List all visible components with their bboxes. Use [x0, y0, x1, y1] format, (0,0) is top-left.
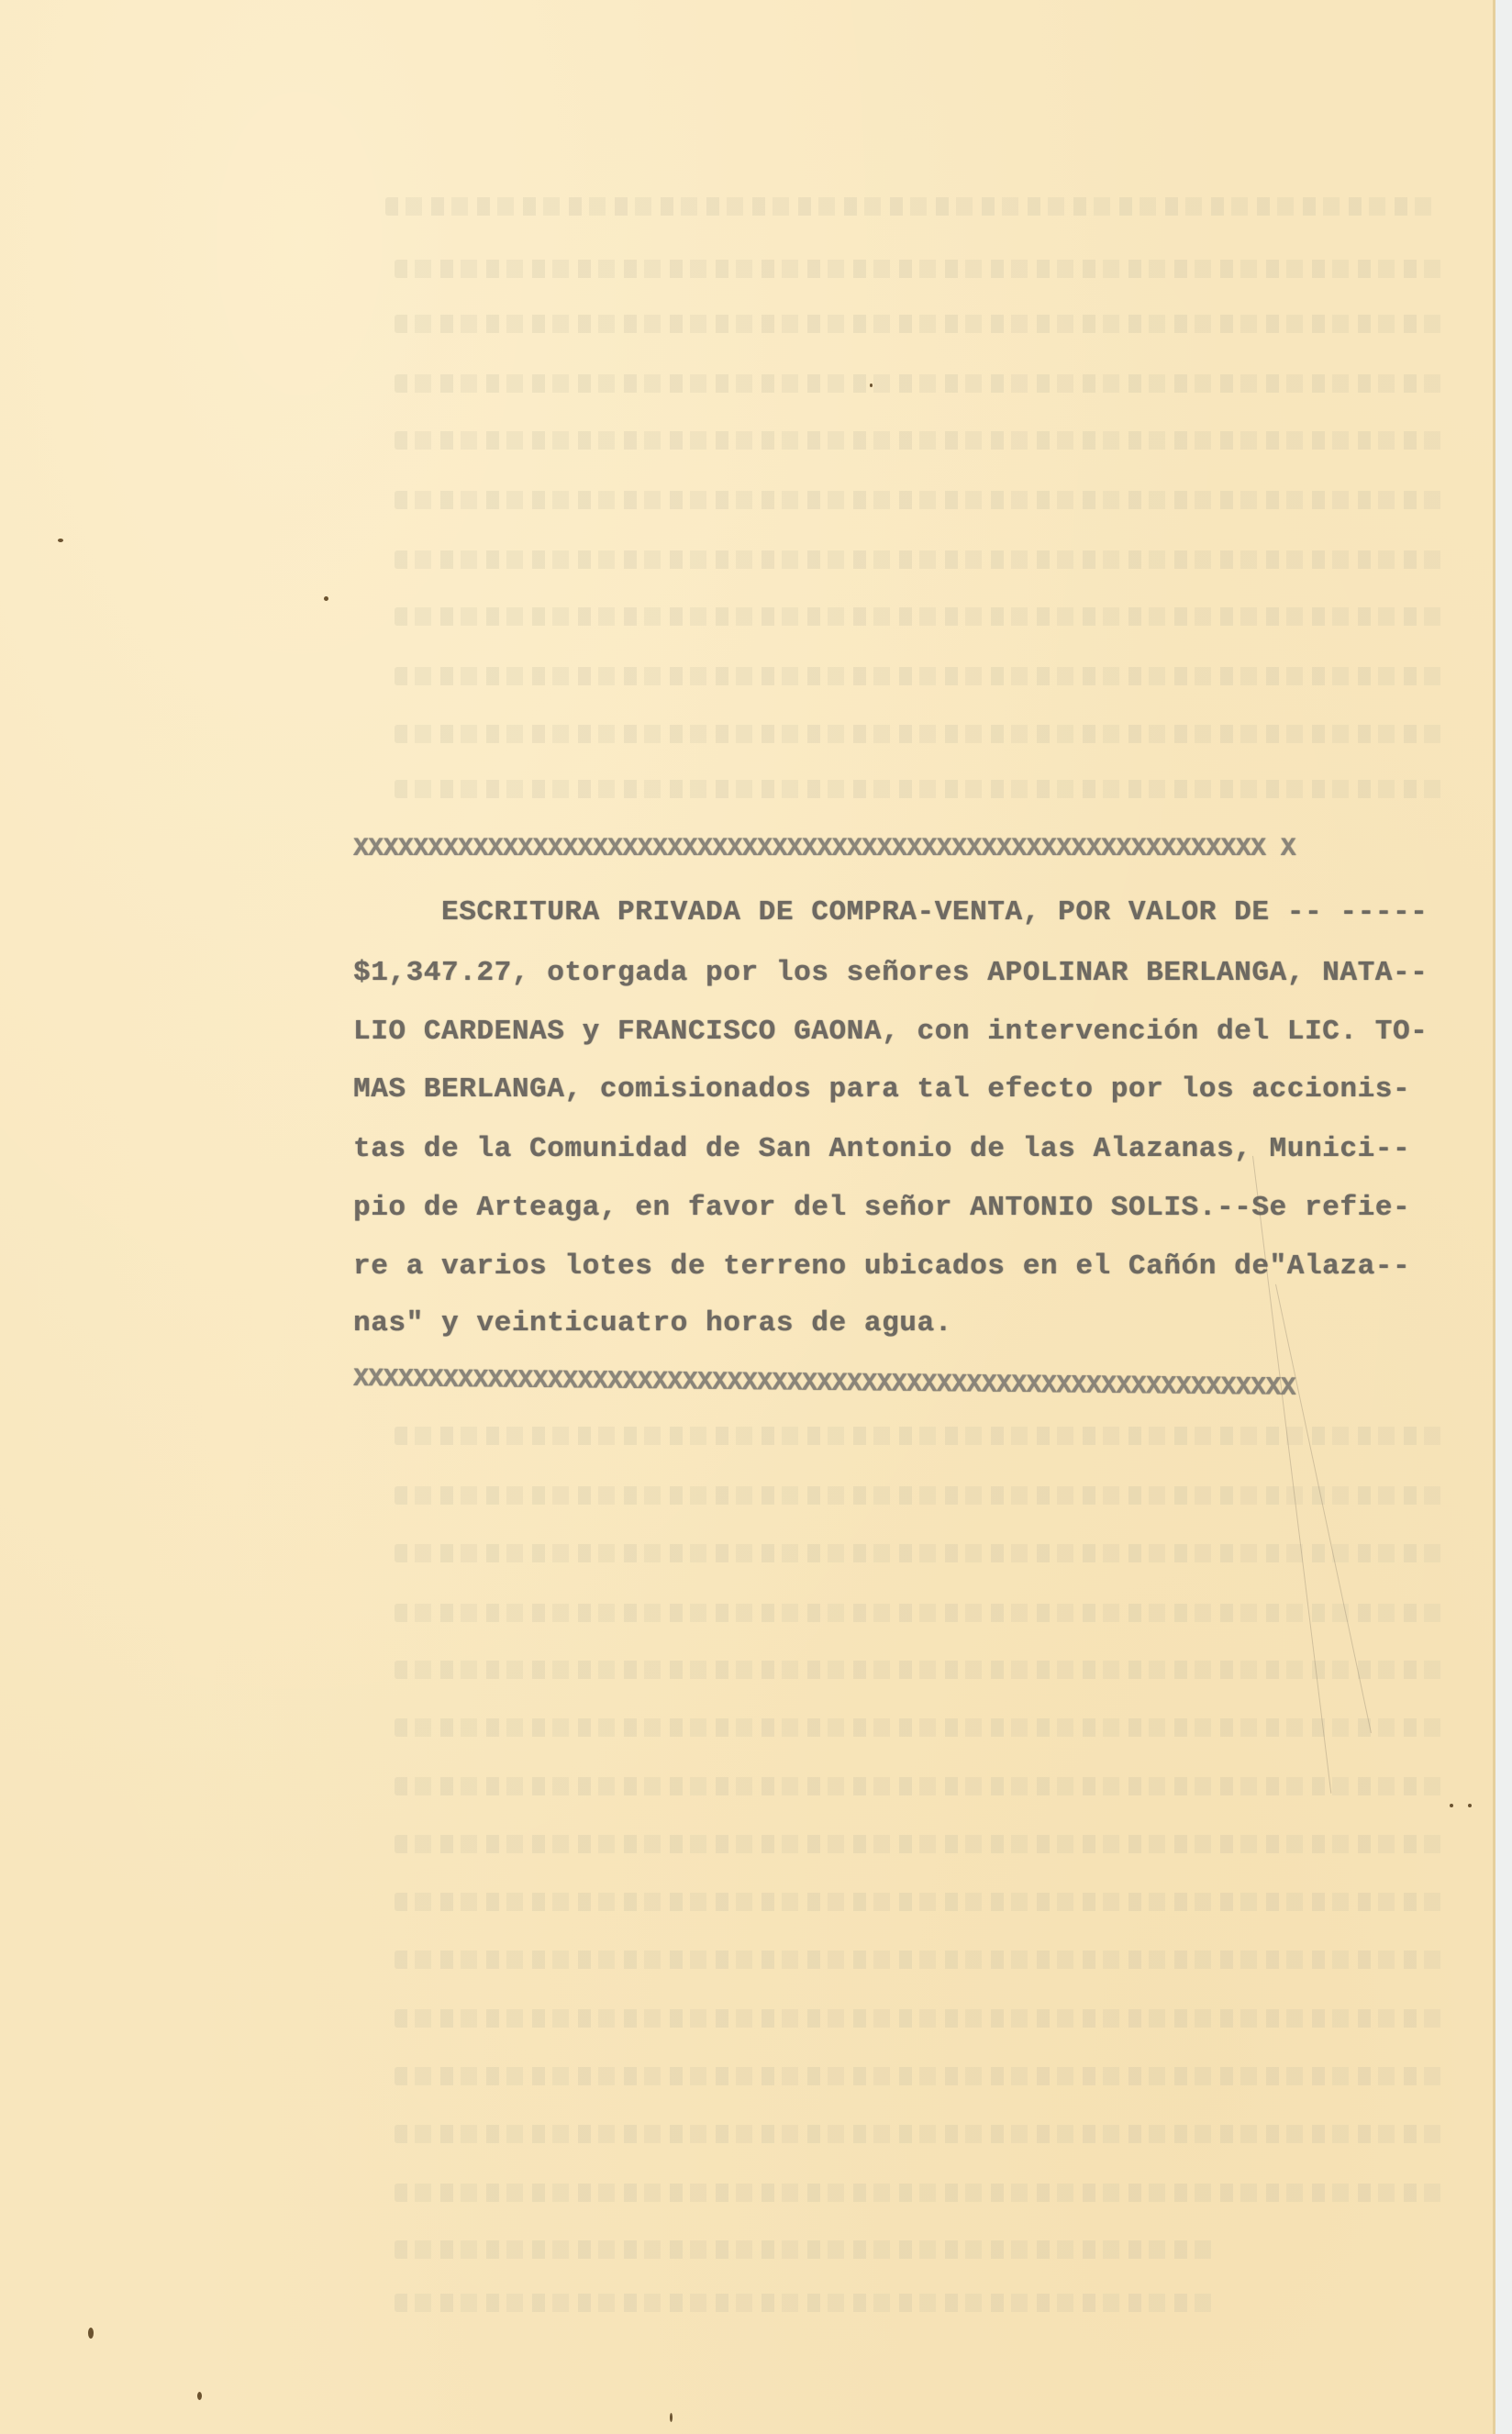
document-page: XXXXXXXXXXXXXXXXXXXXXXXXXXXXXXXXXXXXXXXX…	[0, 0, 1495, 2434]
paper-speck	[1468, 1804, 1472, 1807]
separator-top: XXXXXXXXXXXXXXXXXXXXXXXXXXXXXXXXXXXXXXXX…	[353, 835, 1491, 863]
paper-speck	[324, 596, 328, 601]
document-line: re a varios lotes de terreno ubicados en…	[353, 1250, 1491, 1283]
document-line: LIO CARDENAS y FRANCISCO GAONA, con inte…	[353, 1016, 1491, 1048]
document-line: MAS BERLANGA, comisionados para tal efec…	[353, 1073, 1491, 1106]
paper-speck	[197, 2392, 202, 2400]
document-line: nas" y veinticuatro horas de agua.	[353, 1307, 1491, 1339]
paper-speck	[870, 383, 873, 387]
paper-crease	[1275, 1284, 1372, 1733]
paper-speck	[58, 539, 63, 542]
paper-speck	[670, 2413, 673, 2422]
document-line: tas de la Comunidad de San Antonio de la…	[353, 1133, 1491, 1165]
document-line: pio de Arteaga, en favor del señor ANTON…	[353, 1192, 1491, 1224]
document-title-line: ESCRITURA PRIVADA DE COMPRA-VENTA, POR V…	[353, 896, 1491, 928]
document-line: $1,347.27, otorgada por los señores APOL…	[353, 957, 1491, 989]
paper-speck	[1450, 1804, 1453, 1807]
separator-bottom: XXXXXXXXXXXXXXXXXXXXXXXXXXXXXXXXXXXXXXXX…	[353, 1365, 1491, 1405]
paper-speck	[88, 2328, 94, 2339]
